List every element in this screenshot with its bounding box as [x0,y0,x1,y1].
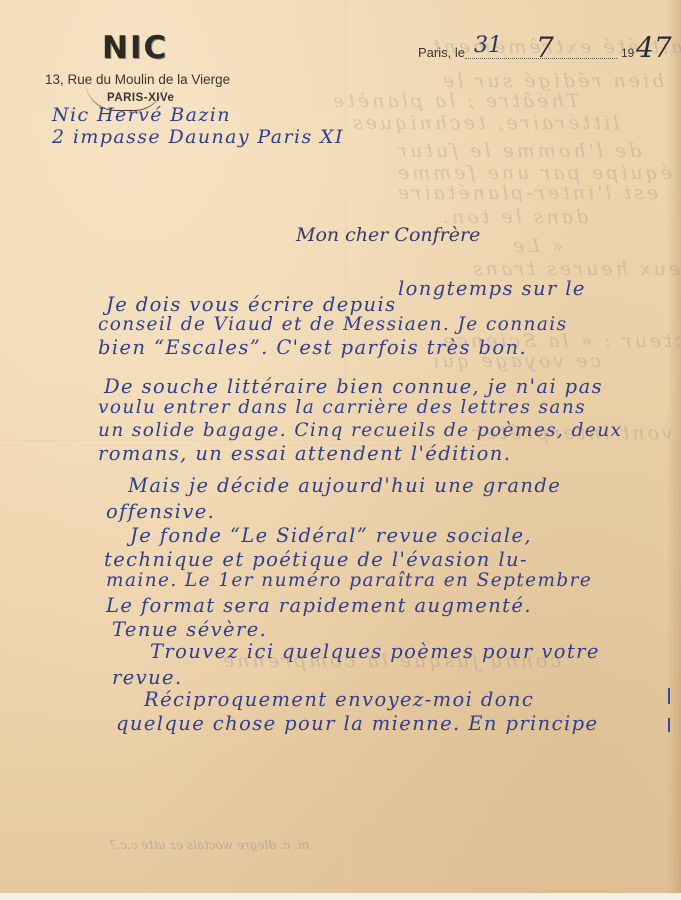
bleed-through-text: bien rédigé sur le [440,70,664,92]
body-line: offensive. [106,500,215,523]
date-field: Paris, le 31 7 19 47 [418,35,668,65]
bleed-through-text: Théâtre ; la planète [330,90,579,112]
letter-page: fait été extrêmement bien rédigé sur le … [0,0,681,893]
letterhead-logo: NIC [102,30,168,66]
bleed-through-text: équipe par une femme [395,162,672,184]
bleed-through-text: « Le [510,235,564,257]
body-line: technique et poétique de l'évasion lu- [104,548,528,571]
date-month: 7 [536,31,554,64]
date-year: 47 [636,31,672,64]
body-line: Mais je décide aujourd'hui une grande [128,474,561,497]
bleed-through-text: est l'inter-planétaire [395,182,658,204]
body-line: romans, un essai attendent l'édition. [98,442,511,465]
letterhead-address: 13, Rue du Moulin de la Vierge [45,72,230,87]
body-line: Je fonde “Le Sidéral” revue sociale, [130,524,532,547]
margin-mark [668,718,670,732]
body-line: conseil de Viaud et de Messiaen. Je conn… [98,314,567,335]
body-line: Le format sera rapidement augmenté. [106,594,532,617]
margin-mark [668,688,670,704]
body-line: un solide bagage. Cinq recueils de poème… [98,420,622,441]
body-line: Je dois vous écrire depuis [106,293,397,316]
bleed-through-text: de l'homme le futur [395,140,641,162]
body-line: voulu entrer dans la carrière des lettre… [98,397,586,418]
date-label: Paris, le [418,45,465,60]
body-line: De souche littéraire bien connue, je n'a… [104,375,603,398]
sender-name: Nic Hervé Bazin [52,104,231,126]
date-century: 19 [621,46,634,60]
body-line: Réciproquement envoyez-moi donc [144,688,534,711]
letterhead-city: PARIS-XIVe [107,92,174,104]
body-line: quelque chose pour la mienne. En princip… [116,712,598,735]
sender-address: 2 impasse Daunay Paris XI [52,126,344,148]
pencil-note: m. c. dlegre woctais ez utte c.c.? [110,838,309,852]
body-line: Tenue sévère. [112,618,267,641]
body-line: bien “Escales”. C'est parfois très bon. [98,336,527,359]
salutation: Mon cher Confrère [296,224,480,246]
date-day: 31 [474,33,502,58]
body-line: longtemps sur le [398,277,586,300]
bleed-through-text: littéraire, techniques [350,112,619,134]
body-line: maine. Le 1er numéro paraîtra en Septemb… [106,570,592,591]
paper-edge-shadow [667,0,681,893]
body-line: revue. [112,666,183,689]
body-line: Trouvez ici quelques poèmes pour votre [150,640,600,663]
